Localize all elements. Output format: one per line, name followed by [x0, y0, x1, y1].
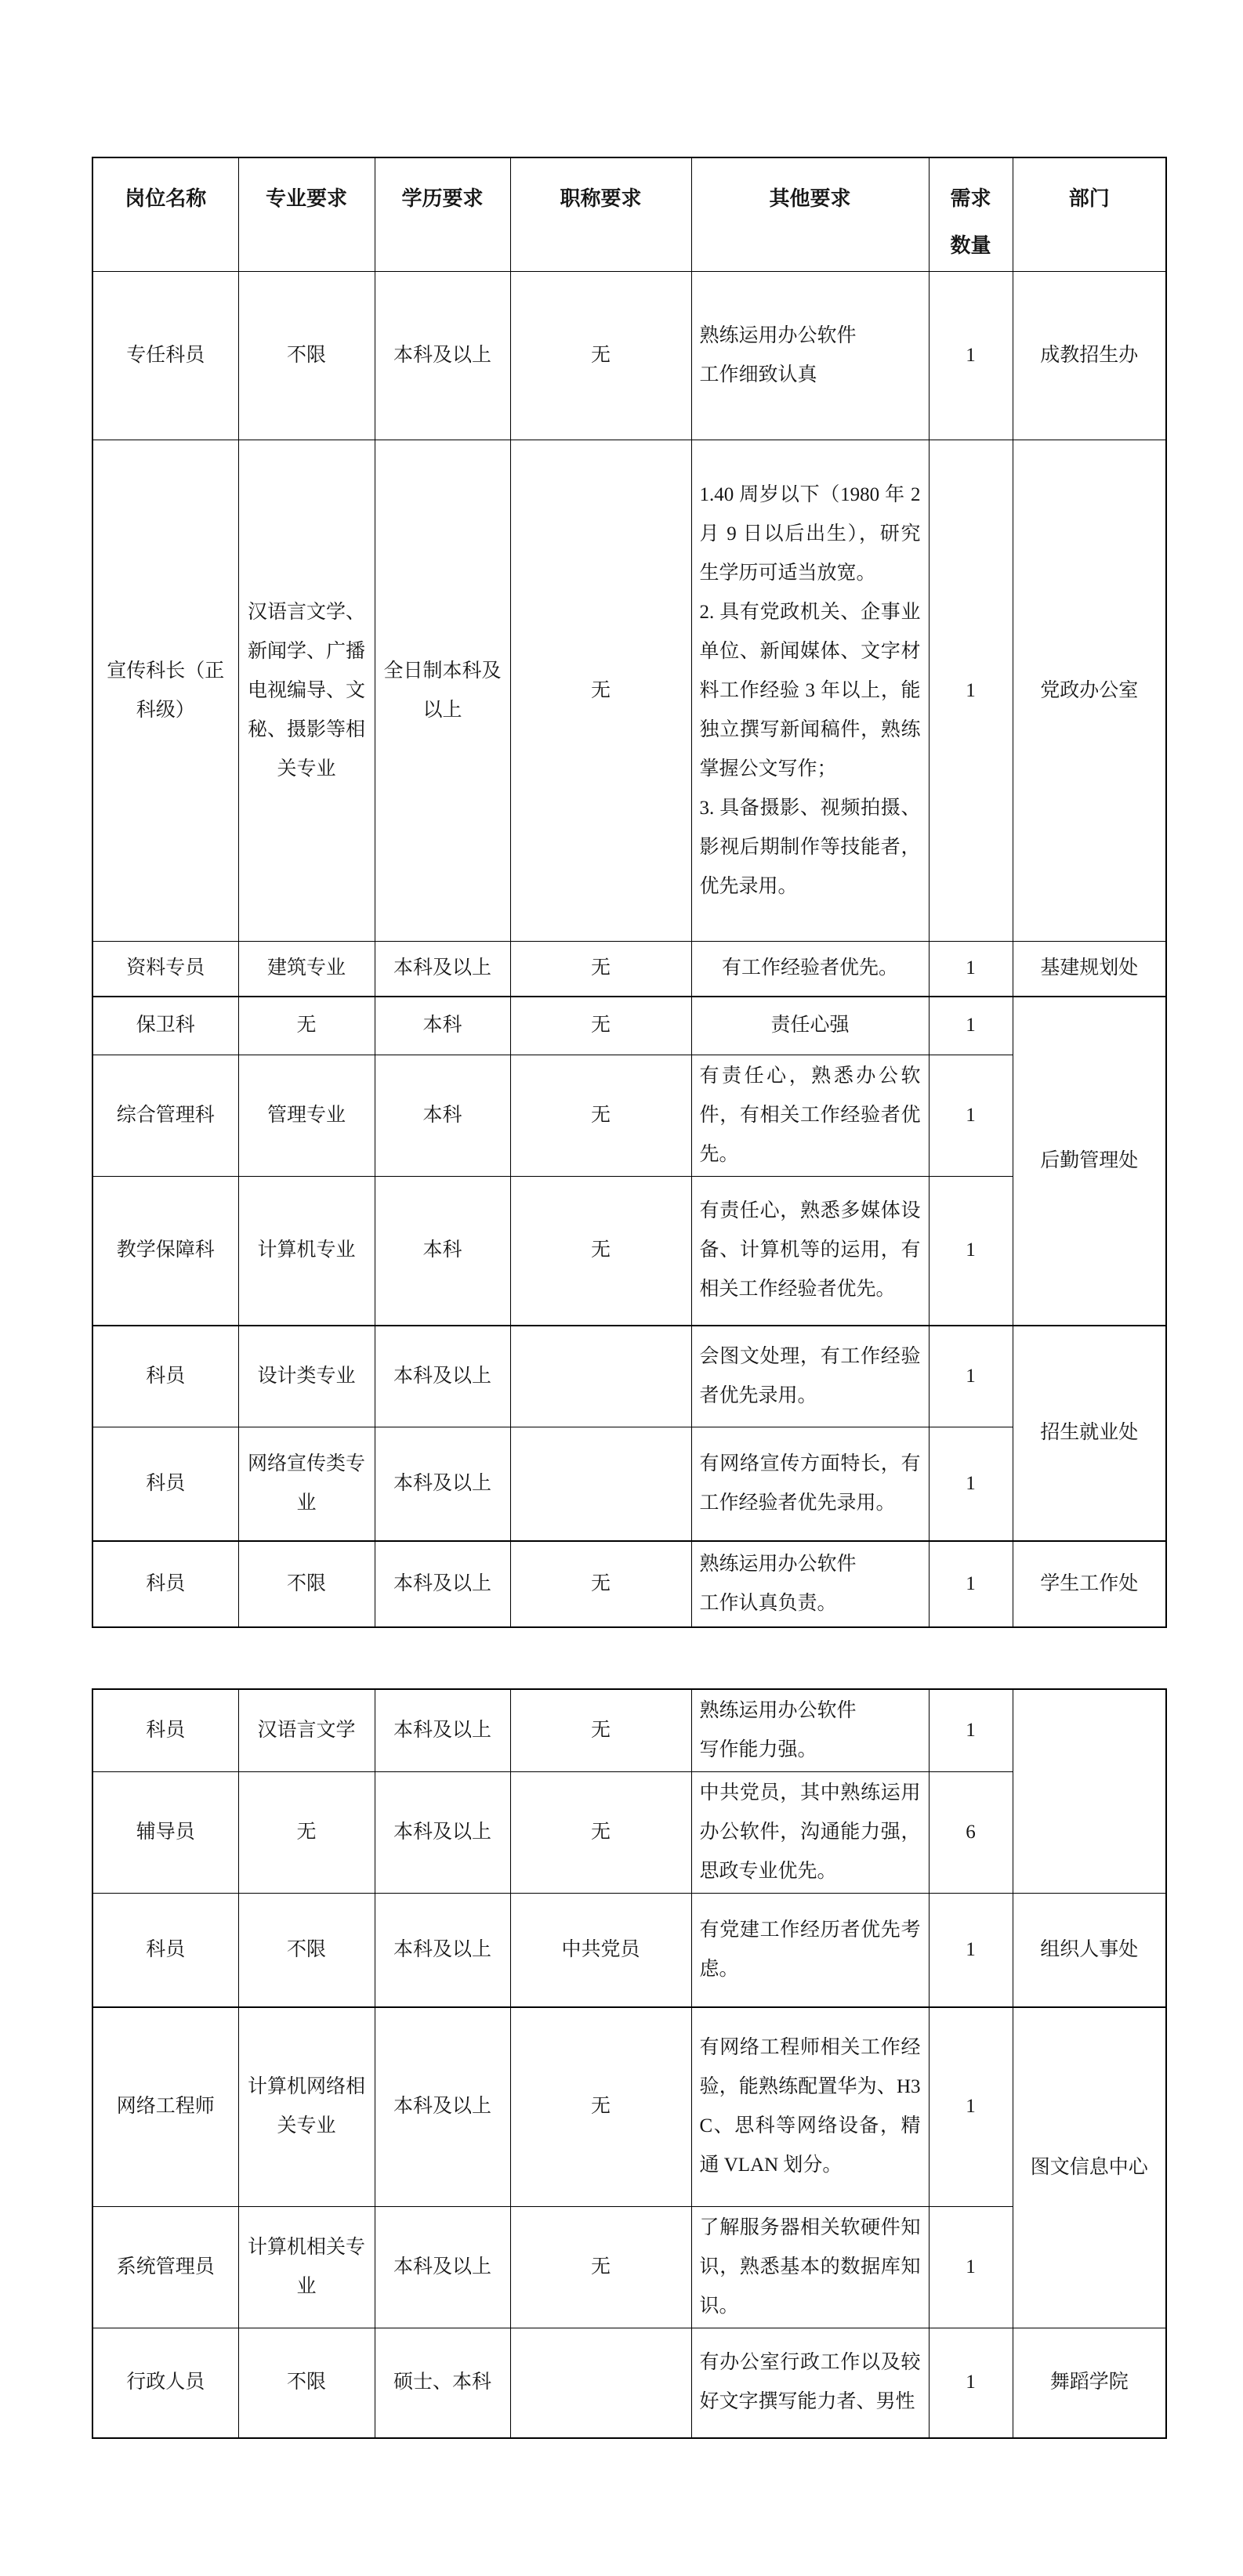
cell-count: 1 — [929, 997, 1013, 1055]
cell-count: 1 — [929, 1541, 1013, 1627]
cell-major: 汉语言文学 — [238, 1689, 375, 1772]
cell-department: 舞蹈学院 — [1013, 2328, 1166, 2438]
cell-major: 不限 — [238, 272, 375, 440]
cell-education: 本科及以上 — [375, 1772, 510, 1894]
cell-major: 设计类专业 — [238, 1326, 375, 1427]
cell-count: 1 — [929, 1326, 1013, 1427]
job-row-xuanchuan-kezhang: 宣传科长（正科级） 汉语言文学、新闻学、广播电视编导、文秘、摄影等相关专业 全日… — [92, 440, 1166, 942]
cell-position: 保卫科 — [92, 997, 238, 1055]
cell-major: 汉语言文学、新闻学、广播电视编导、文秘、摄影等相关专业 — [238, 440, 375, 942]
cell-education: 全日制本科及以上 — [375, 440, 510, 942]
job-row-keyuan-chinese: 科员 汉语言文学 本科及以上 无 熟练运用办公软件 写作能力强。 1 — [92, 1689, 1166, 1772]
cell-department-empty — [1013, 1689, 1166, 1894]
cell-other: 熟练运用办公软件 工作认真负责。 — [691, 1541, 929, 1627]
header-education: 学历要求 — [375, 157, 510, 272]
job-row-keyuan-general: 科员 不限 本科及以上 无 熟练运用办公软件 工作认真负责。 1 学生工作处 — [92, 1541, 1166, 1627]
cell-other: 会图文处理，有工作经验者优先录用。 — [691, 1326, 929, 1427]
cell-department: 成教招生办 — [1013, 272, 1166, 440]
table-header-row: 岗位名称 专业要求 学历要求 职称要求 其他要求 需求 数量 部门 — [92, 157, 1166, 272]
cell-education: 本科及以上 — [375, 1689, 510, 1772]
job-row-network-engineer: 网络工程师 计算机网络相关专业 本科及以上 无 有网络工程师相关工作经验，能熟练… — [92, 2007, 1166, 2207]
cell-major: 计算机专业 — [238, 1177, 375, 1326]
cell-department-merged: 图文信息中心 — [1013, 2007, 1166, 2328]
cell-count: 1 — [929, 272, 1013, 440]
header-position: 岗位名称 — [92, 157, 238, 272]
cell-count: 1 — [929, 2207, 1013, 2328]
cell-position: 科员 — [92, 1427, 238, 1541]
cell-position: 辅导员 — [92, 1772, 238, 1894]
cell-job-title — [510, 1427, 691, 1541]
cell-education: 本科 — [375, 1177, 510, 1326]
cell-job-title: 无 — [510, 272, 691, 440]
job-row-admin-staff: 行政人员 不限 硕士、本科 有办公室行政工作以及较好文字撰写能力者、男性 1 舞… — [92, 2328, 1166, 2438]
cell-other: 中共党员，其中熟练运用办公软件，沟通能力强，思政专业优先。 — [691, 1772, 929, 1894]
cell-position: 宣传科长（正科级） — [92, 440, 238, 942]
cell-other: 1.40 周岁以下（1980 年 2 月 9 日以后出生），研究生学历可适当放宽… — [691, 440, 929, 942]
cell-position: 科员 — [92, 1541, 238, 1627]
cell-other: 有工作经验者优先。 — [691, 942, 929, 997]
cell-department: 党政办公室 — [1013, 440, 1166, 942]
cell-count: 1 — [929, 1689, 1013, 1772]
job-row-system-admin: 系统管理员 计算机相关专业 本科及以上 无 了解服务器相关软硬件知识，熟悉基本的… — [92, 2207, 1166, 2328]
cell-major: 不限 — [238, 1894, 375, 2007]
job-row-ziliao-zhuanyuan: 资料专员 建筑专业 本科及以上 无 有工作经验者优先。 1 基建规划处 — [92, 942, 1166, 997]
cell-major: 建筑专业 — [238, 942, 375, 997]
job-row-baoweike: 保卫科 无 本科 无 责任心强 1 后勤管理处 — [92, 997, 1166, 1055]
cell-other: 有网络工程师相关工作经验，能熟练配置华为、H3C、思科等网络设备，精通 VLAN… — [691, 2007, 929, 2207]
cell-education: 本科及以上 — [375, 1326, 510, 1427]
cell-other: 有党建工作经历者优先考虑。 — [691, 1894, 929, 2007]
cell-major: 不限 — [238, 2328, 375, 2438]
cell-count: 1 — [929, 1427, 1013, 1541]
job-row-keyuan-party: 科员 不限 本科及以上 中共党员 有党建工作经历者优先考虑。 1 组织人事处 — [92, 1894, 1166, 2007]
cell-position: 资料专员 — [92, 942, 238, 997]
cell-major: 管理专业 — [238, 1055, 375, 1177]
cell-education: 硕士、本科 — [375, 2328, 510, 2438]
cell-job-title: 无 — [510, 997, 691, 1055]
cell-other: 有责任心，熟悉办公软件，有相关工作经验者优先。 — [691, 1055, 929, 1177]
job-row-keyuan-design: 科员 设计类专业 本科及以上 会图文处理，有工作经验者优先录用。 1 招生就业处 — [92, 1326, 1166, 1427]
cell-department: 组织人事处 — [1013, 1894, 1166, 2007]
cell-job-title: 无 — [510, 2007, 691, 2207]
cell-count: 1 — [929, 2007, 1013, 2207]
cell-other: 责任心强 — [691, 997, 929, 1055]
cell-department-merged: 后勤管理处 — [1013, 997, 1166, 1326]
recruitment-table-1: 岗位名称 专业要求 学历要求 职称要求 其他要求 需求 数量 部门 专任科员 不… — [92, 157, 1167, 1628]
job-row-zonghe-guanlike: 综合管理科 管理专业 本科 无 有责任心，熟悉办公软件，有相关工作经验者优先。 … — [92, 1055, 1166, 1177]
cell-position: 专任科员 — [92, 272, 238, 440]
cell-job-title — [510, 1326, 691, 1427]
recruitment-table-2: 科员 汉语言文学 本科及以上 无 熟练运用办公软件 写作能力强。 1 辅导员 无… — [92, 1688, 1167, 2439]
cell-major: 计算机相关专业 — [238, 2207, 375, 2328]
cell-other: 了解服务器相关软硬件知识，熟悉基本的数据库知识。 — [691, 2207, 929, 2328]
cell-job-title: 无 — [510, 1177, 691, 1326]
cell-department: 基建规划处 — [1013, 942, 1166, 997]
cell-education: 本科及以上 — [375, 1894, 510, 2007]
cell-position: 科员 — [92, 1689, 238, 1772]
cell-position: 教学保障科 — [92, 1177, 238, 1326]
cell-job-title: 无 — [510, 2207, 691, 2328]
header-job-title: 职称要求 — [510, 157, 691, 272]
cell-job-title: 无 — [510, 1689, 691, 1772]
cell-education: 本科及以上 — [375, 2007, 510, 2207]
cell-department-merged: 招生就业处 — [1013, 1326, 1166, 1541]
cell-education: 本科 — [375, 997, 510, 1055]
cell-job-title: 无 — [510, 440, 691, 942]
cell-position: 综合管理科 — [92, 1055, 238, 1177]
cell-position: 科员 — [92, 1894, 238, 2007]
cell-position: 系统管理员 — [92, 2207, 238, 2328]
cell-job-title — [510, 2328, 691, 2438]
cell-count: 1 — [929, 2328, 1013, 2438]
cell-education: 本科及以上 — [375, 272, 510, 440]
cell-major: 无 — [238, 1772, 375, 1894]
cell-other: 熟练运用办公软件 写作能力强。 — [691, 1689, 929, 1772]
header-major: 专业要求 — [238, 157, 375, 272]
cell-job-title: 无 — [510, 1541, 691, 1627]
cell-position: 科员 — [92, 1326, 238, 1427]
job-row-fudaoyuan: 辅导员 无 本科及以上 无 中共党员，其中熟练运用办公软件，沟通能力强，思政专业… — [92, 1772, 1166, 1894]
cell-department: 学生工作处 — [1013, 1541, 1166, 1627]
cell-job-title: 无 — [510, 942, 691, 997]
header-other: 其他要求 — [691, 157, 929, 272]
cell-count: 1 — [929, 1894, 1013, 2007]
job-row-jiaoxue-baozhangke: 教学保障科 计算机专业 本科 无 有责任心，熟悉多媒体设备、计算机等的运用，有相… — [92, 1177, 1166, 1326]
cell-education: 本科及以上 — [375, 1541, 510, 1627]
cell-other: 有责任心，熟悉多媒体设备、计算机等的运用，有相关工作经验者优先。 — [691, 1177, 929, 1326]
cell-major: 网络宣传类专业 — [238, 1427, 375, 1541]
cell-count: 6 — [929, 1772, 1013, 1894]
cell-education: 本科及以上 — [375, 942, 510, 997]
cell-position: 网络工程师 — [92, 2007, 238, 2207]
cell-other: 熟练运用办公软件 工作细致认真 — [691, 272, 929, 440]
cell-job-title: 无 — [510, 1055, 691, 1177]
cell-other: 有网络宣传方面特长，有工作经验者优先录用。 — [691, 1427, 929, 1541]
cell-major: 无 — [238, 997, 375, 1055]
cell-major: 计算机网络相关专业 — [238, 2007, 375, 2207]
header-count: 需求 数量 — [929, 157, 1013, 272]
cell-job-title: 中共党员 — [510, 1894, 691, 2007]
job-row-zhuanren-keyuan: 专任科员 不限 本科及以上 无 熟练运用办公软件 工作细致认真 1 成教招生办 — [92, 272, 1166, 440]
cell-major: 不限 — [238, 1541, 375, 1627]
cell-count: 1 — [929, 1177, 1013, 1326]
cell-count: 1 — [929, 440, 1013, 942]
cell-education: 本科 — [375, 1055, 510, 1177]
cell-position: 行政人员 — [92, 2328, 238, 2438]
cell-education: 本科及以上 — [375, 1427, 510, 1541]
cell-job-title: 无 — [510, 1772, 691, 1894]
job-row-keyuan-webpr: 科员 网络宣传类专业 本科及以上 有网络宣传方面特长，有工作经验者优先录用。 1 — [92, 1427, 1166, 1541]
cell-other: 有办公室行政工作以及较好文字撰写能力者、男性 — [691, 2328, 929, 2438]
header-department: 部门 — [1013, 157, 1166, 272]
cell-education: 本科及以上 — [375, 2207, 510, 2328]
document-page: 岗位名称 专业要求 学历要求 职称要求 其他要求 需求 数量 部门 专任科员 不… — [0, 0, 1243, 2576]
cell-count: 1 — [929, 942, 1013, 997]
cell-count: 1 — [929, 1055, 1013, 1177]
